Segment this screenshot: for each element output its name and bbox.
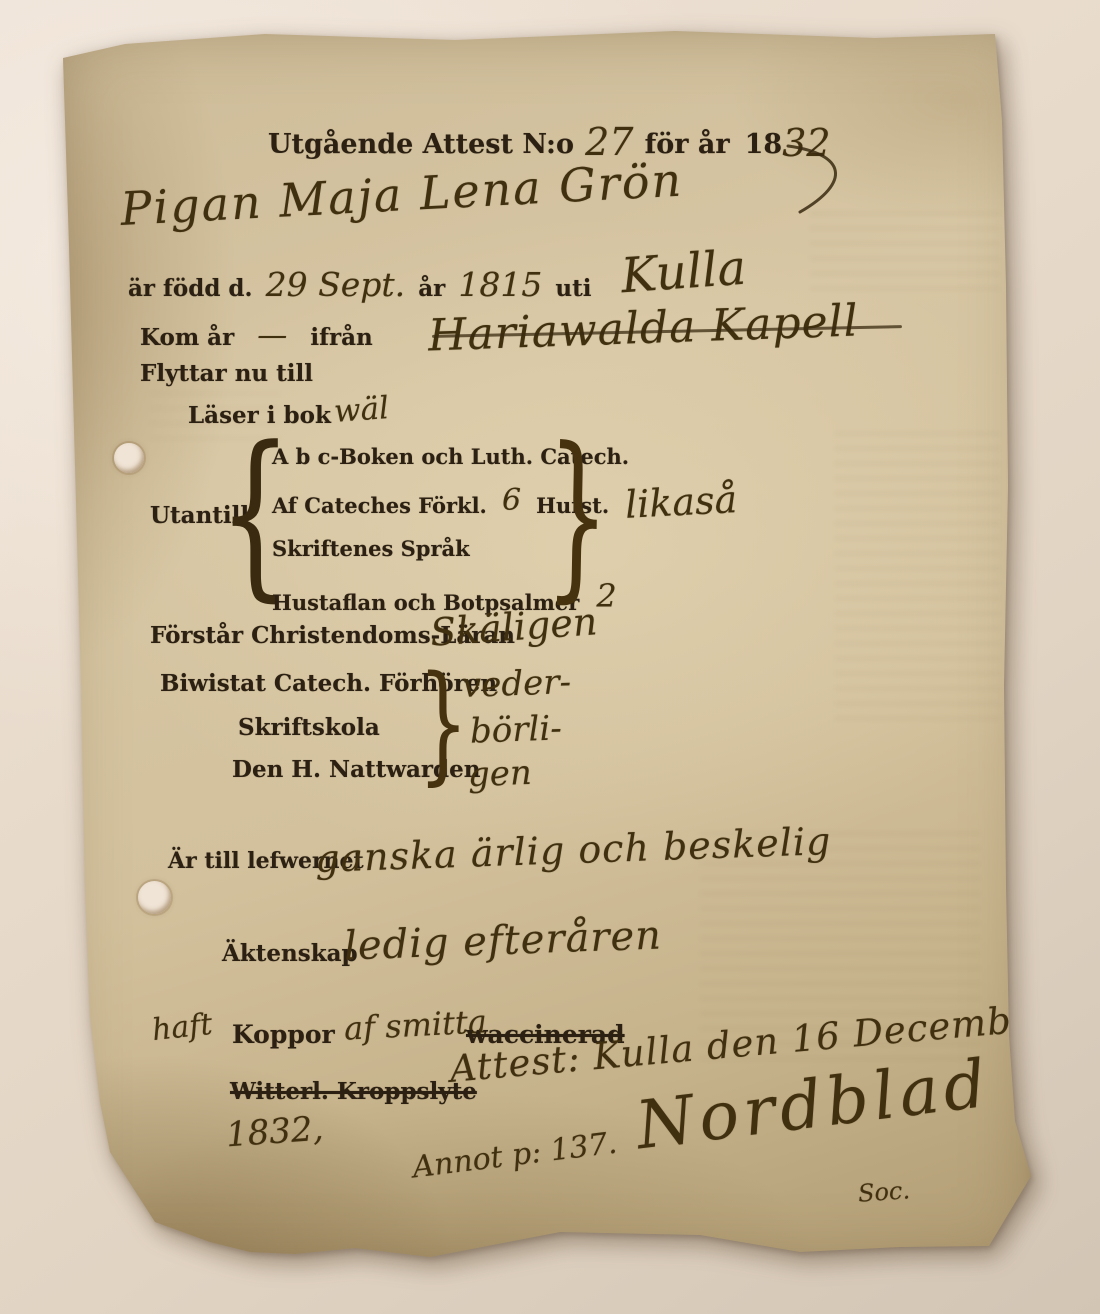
attended-value: gen xyxy=(467,753,532,795)
marriage-label: Äktenskap xyxy=(222,940,358,967)
utantill-result: likaså xyxy=(624,477,738,527)
place-label: uti xyxy=(555,275,591,302)
title-line: Utgående Attest N:o 27 för år 1832 xyxy=(268,120,831,165)
pox-written-prefix: haft xyxy=(150,1007,214,1048)
year-printed: 18 xyxy=(745,129,783,160)
punch-hole-top xyxy=(114,443,144,473)
year-label: år xyxy=(418,275,445,302)
born-label: är född d. xyxy=(128,275,253,302)
utantill-item: Skriftenes Språk xyxy=(272,536,470,561)
attest-year: 1832, xyxy=(225,1109,325,1156)
title-prefix: Utgående Attest N:o xyxy=(268,129,574,160)
attended-value: veder- xyxy=(461,662,571,706)
utantill-right-brace: } xyxy=(545,424,611,608)
moves-label: Flyttar nu till xyxy=(140,360,313,387)
birth-date: 29 Sept. xyxy=(266,265,406,304)
punch-hole-bottom xyxy=(138,881,171,914)
struck-bodily-defect-label: Witterl. Kroppslyte xyxy=(230,1078,477,1105)
came-label: Kom år xyxy=(140,324,234,351)
attended-value: börli- xyxy=(469,708,562,751)
attended-row: Skriftskola xyxy=(238,714,380,741)
came-value: — xyxy=(257,318,287,353)
utantill-item-value: 6 xyxy=(502,483,521,518)
photo-background: Utgående Attest N:o 27 för år 1832 Pigan… xyxy=(0,0,1100,1314)
utantill-item-label: Af Cateches Förkl. xyxy=(272,493,487,518)
reads-value: wäl xyxy=(333,390,390,430)
from-label: ifrån xyxy=(310,324,372,351)
birth-year: 1815 xyxy=(458,265,542,304)
came-line: Kom år — ifrån xyxy=(140,318,373,353)
birth-place: Kulla xyxy=(619,240,748,305)
title-flourish xyxy=(780,140,860,225)
signature-sub: Soc. xyxy=(857,1176,911,1208)
birth-line: är född d. 29 Sept. år 1815 uti Kulla xyxy=(128,252,746,308)
pox-label: Koppor xyxy=(232,1020,335,1049)
